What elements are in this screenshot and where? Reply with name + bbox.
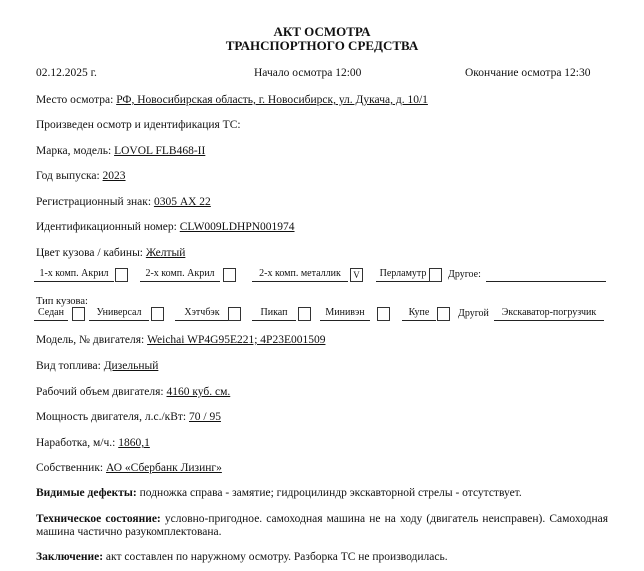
body-option-checkbox[interactable] [228, 307, 241, 321]
power-value: 70 / 95 [189, 411, 221, 423]
year-value: 2023 [103, 170, 126, 182]
paint-option-label: Перламутр [376, 268, 430, 282]
paint-option-checkbox[interactable] [223, 268, 236, 282]
body-option-checkbox[interactable] [377, 307, 390, 321]
conclusion-label: Заключение: [36, 551, 103, 563]
inspection-date: 02.12.2025 г. [36, 66, 97, 80]
defects-label: Видимые дефекты: [36, 487, 137, 499]
body-option-label: Универсал [89, 307, 149, 321]
engine-label: Модель, № двигателя: [36, 334, 147, 346]
paint-other-label: Другое: [448, 269, 481, 281]
conclusion: Заключение: акт составлен по наружному о… [36, 551, 608, 564]
body-option-label: Минивэн [320, 307, 370, 321]
paint-option-label: 2-х комп. металлик [252, 268, 348, 282]
reg-label: Регистрационный знак: [36, 196, 154, 208]
document-title-line1: АКТ ОСМОТРА [0, 25, 644, 39]
make-value: LOVOL FLB468-II [114, 145, 205, 157]
inspection-start: Начало осмотра 12:00 [254, 66, 361, 80]
make-model: Марка, модель: LOVOL FLB468-II [36, 144, 205, 158]
reg-plate: Регистрационный знак: 0305 АХ 22 [36, 195, 211, 209]
body-option-label: Пикап [252, 307, 296, 321]
hours-label: Наработка, м/ч.: [36, 437, 118, 449]
fuel-value: Дизельный [104, 360, 159, 372]
body-option-checkbox[interactable] [298, 307, 311, 321]
volume-value: 4160 куб. см. [166, 386, 230, 398]
tech-label: Техническое состояние: [36, 513, 161, 525]
engine-power: Мощность двигателя, л.с./кВт: 70 / 95 [36, 410, 221, 424]
color-label: Цвет кузова / кабины: [36, 247, 146, 259]
make-label: Марка, модель: [36, 145, 114, 157]
hours-value: 1860,1 [118, 437, 150, 449]
body-option-checkbox[interactable] [437, 307, 450, 321]
inspection-end: Окончание осмотра 12:30 [465, 66, 591, 80]
color-value: Желтый [146, 247, 185, 259]
conclusion-value: акт составлен по наружному осмотру. Разб… [103, 551, 448, 563]
engine-value: Weichai WP4G95E221; 4P23E001509 [147, 334, 325, 346]
owner-label: Собственник: [36, 462, 106, 474]
volume-label: Рабочий объем двигателя: [36, 386, 166, 398]
fuel-label: Вид топлива: [36, 360, 104, 372]
paint-option-label: 2-х комп. Акрил [140, 268, 220, 282]
engine-volume: Рабочий объем двигателя: 4160 куб. см. [36, 385, 230, 399]
body-option-checkbox[interactable] [72, 307, 85, 321]
paint-other-value[interactable] [486, 268, 606, 282]
fuel: Вид топлива: Дизельный [36, 359, 158, 373]
paint-option-label: 1-х комп. Акрил [34, 268, 114, 282]
body-other-value[interactable]: Экскаватор-погрузчик [494, 307, 604, 321]
year: Год выпуска: 2023 [36, 169, 126, 183]
reg-value: 0305 АХ 22 [154, 196, 211, 208]
place-label: Место осмотра: [36, 94, 116, 106]
vin: Идентификационный номер: CLW009LDHPN0019… [36, 220, 295, 234]
body-option-label: Купе [402, 307, 436, 321]
body-other-label: Другой [458, 308, 489, 320]
inspection-note: Произведен осмотр и идентификация ТС: [36, 118, 241, 132]
engine: Модель, № двигателя: Weichai WP4G95E221;… [36, 333, 325, 347]
body-option-checkbox[interactable] [151, 307, 164, 321]
technical-condition: Техническое состояние: условно-пригодное… [36, 513, 608, 539]
vin-value: CLW009LDHPN001974 [180, 221, 295, 233]
defects-value: подножка справа - замятие; гидроцилиндр … [137, 487, 522, 499]
place-value: РФ, Новосибирская область, г. Новосибирс… [116, 94, 428, 106]
body-type-row: Седан Универсал Хэтчбэк Пикап Минивэн Ку… [0, 307, 644, 323]
inspection-place: Место осмотра: РФ, Новосибирская область… [36, 93, 428, 107]
body-option-label: Хэтчбэк [175, 307, 229, 321]
paint-options-row: 1-х комп. Акрил 2-х комп. Акрил 2-х комп… [0, 268, 644, 284]
power-label: Мощность двигателя, л.с./кВт: [36, 411, 189, 423]
owner-value: АО «Сбербанк Лизинг» [106, 462, 222, 474]
document-title-line2: ТРАНСПОРТНОГО СРЕДСТВА [0, 39, 644, 53]
body-color: Цвет кузова / кабины: Желтый [36, 246, 185, 260]
visible-defects: Видимые дефекты: подножка справа - замят… [36, 487, 608, 500]
owner: Собственник: АО «Сбербанк Лизинг» [36, 461, 222, 475]
paint-option-checkbox[interactable] [429, 268, 442, 282]
body-option-label: Седан [34, 307, 68, 321]
year-label: Год выпуска: [36, 170, 103, 182]
operating-hours: Наработка, м/ч.: 1860,1 [36, 436, 150, 450]
paint-option-checkbox[interactable] [115, 268, 128, 282]
vin-label: Идентификационный номер: [36, 221, 180, 233]
paint-option-checkbox[interactable]: V [350, 268, 363, 282]
